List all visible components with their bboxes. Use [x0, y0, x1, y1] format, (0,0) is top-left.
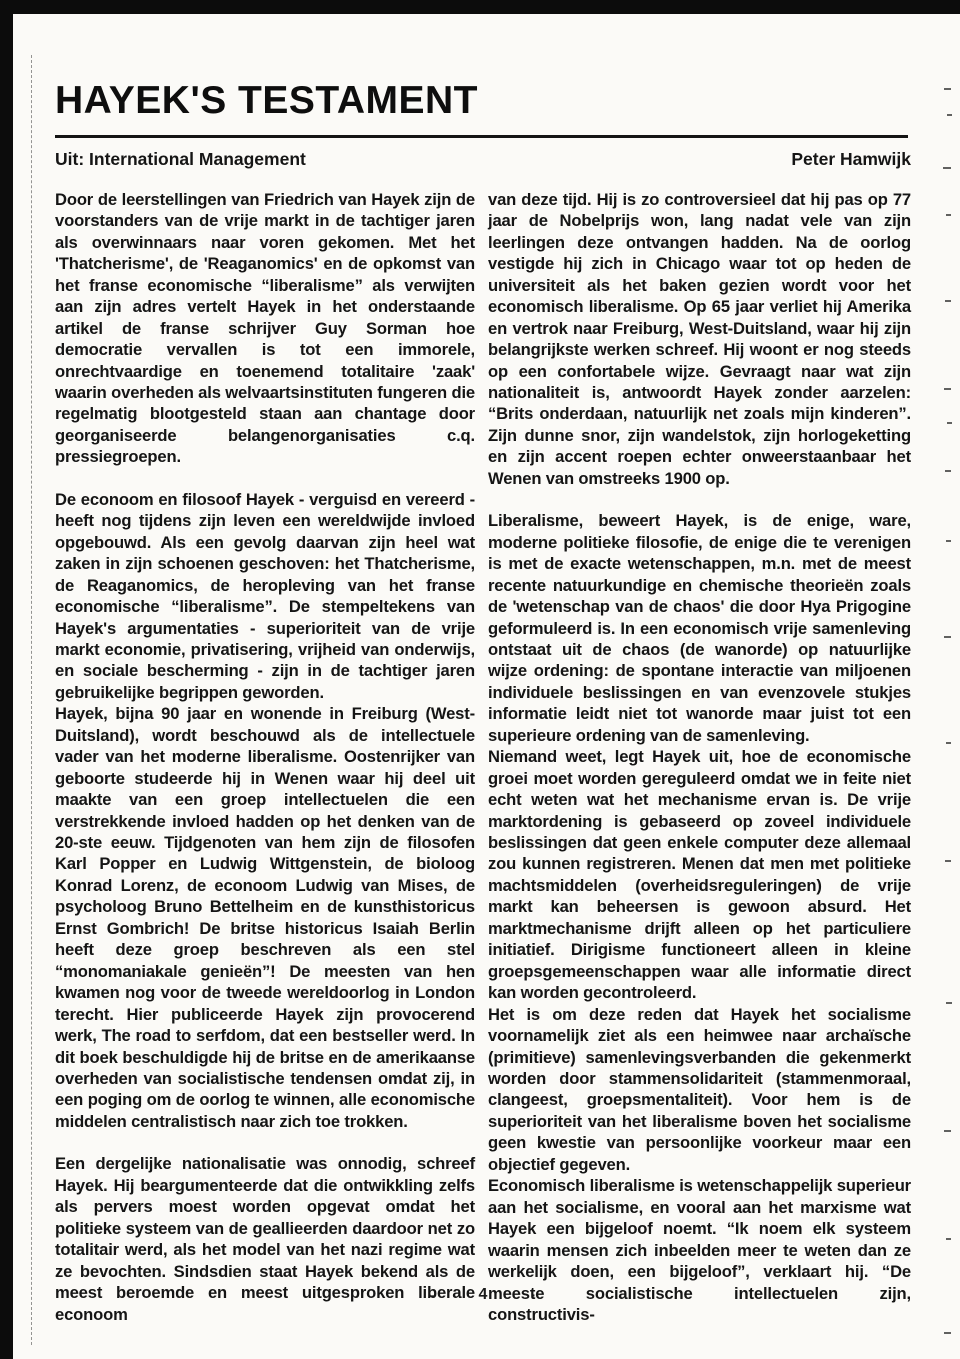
scan-artifact-left-dotted-line	[31, 55, 32, 1345]
paragraph: van deze tijd. Hij is zo controversieel …	[488, 189, 911, 489]
footer-right-mark: ·	[531, 1287, 536, 1303]
paragraph: Hayek, bijna 90 jaar en wonende in Freib…	[55, 703, 475, 1132]
scan-edge-top-bar	[0, 0, 960, 14]
scan-edge-left-bar	[0, 0, 13, 1359]
page-title: HAYEK'S TESTAMENT	[55, 80, 911, 123]
paragraph: Het is om deze reden dat Hayek het socia…	[488, 1004, 911, 1176]
paragraph: De econoom en filosoof Hayek - verguisd …	[55, 489, 475, 704]
scan-artifact-right-marks	[941, 0, 957, 1359]
source-label: Uit: International Management	[55, 149, 306, 170]
article-columns: Door de leerstellingen van Friedrich van…	[55, 189, 911, 1326]
byline-row: Uit: International Management Peter Hamw…	[55, 149, 911, 170]
page-number: 4	[479, 1286, 488, 1304]
paragraph-intro: Door de leerstellingen van Friedrich van…	[55, 189, 475, 468]
title-rule	[55, 135, 908, 138]
article-column-left: Door de leerstellingen van Friedrich van…	[55, 189, 475, 1326]
paragraph: Liberalisme, beweert Hayek, is de enige,…	[488, 510, 911, 746]
page-footer: - 4 ·	[55, 1286, 911, 1304]
scanned-article-page: HAYEK'S TESTAMENT Uit: International Man…	[0, 0, 960, 1359]
article-content: HAYEK'S TESTAMENT Uit: International Man…	[55, 80, 911, 1325]
paragraph: Niemand weet, legt Hayek uit, hoe de eco…	[488, 746, 911, 1003]
article-column-right: van deze tijd. Hij is zo controversieel …	[488, 189, 911, 1326]
footer-left-mark: -	[430, 1287, 435, 1303]
author-name: Peter Hamwijk	[791, 149, 911, 170]
